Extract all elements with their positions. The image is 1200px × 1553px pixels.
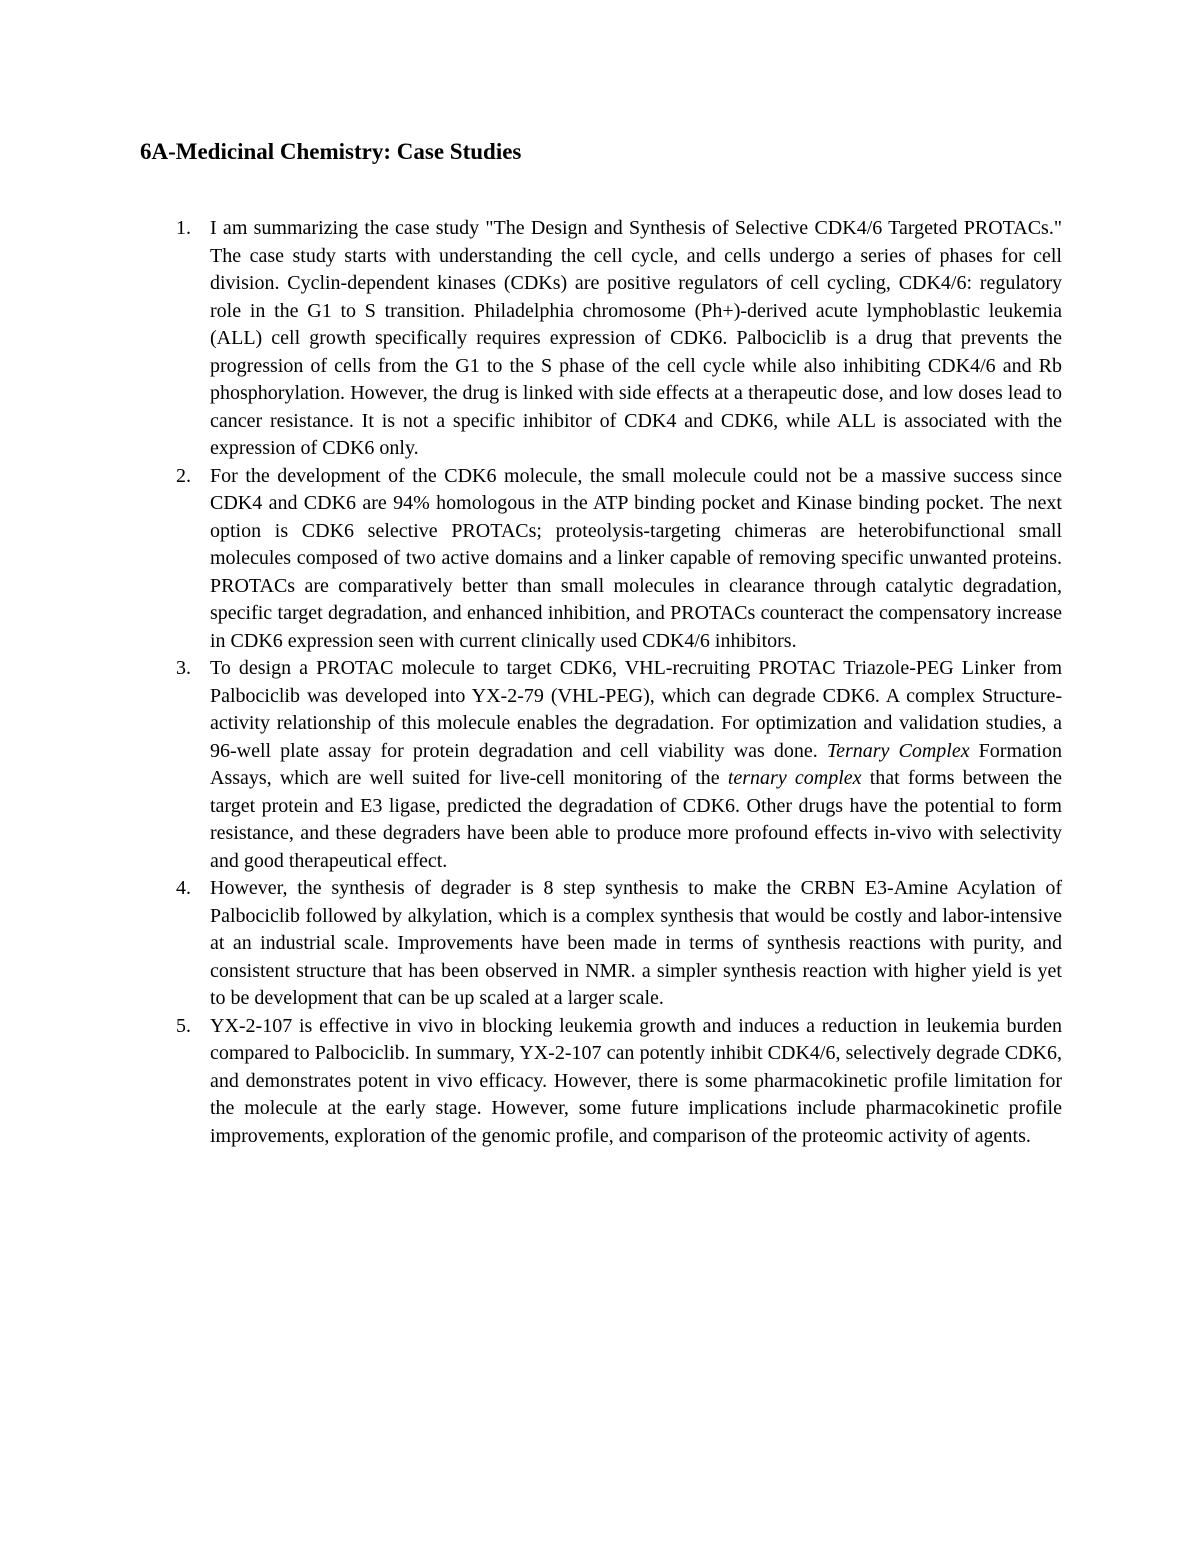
list-item-text: I am summarizing the case study "The Des… <box>210 217 1062 459</box>
list-item-text: For the development of the CDK6 molecule… <box>210 465 1062 652</box>
document-page: 6A-Medicinal Chemistry: Case Studies 1.I… <box>0 0 1200 1553</box>
list-item: 3.To design a PROTAC molecule to target … <box>140 655 1062 875</box>
list-item-text: However, the synthesis of degrader is 8 … <box>210 877 1062 1009</box>
page-title: 6A-Medicinal Chemistry: Case Studies <box>140 138 1062 165</box>
list-item-number: 3. <box>176 655 191 683</box>
list-item-text: To design a PROTAC molecule to target CD… <box>210 657 1062 872</box>
list-item-number: 2. <box>176 463 191 491</box>
list-item-text: YX-2-107 is effective in vivo in blockin… <box>210 1015 1062 1147</box>
list-item-number: 1. <box>176 215 191 243</box>
list-item: 2.For the development of the CDK6 molecu… <box>140 463 1062 656</box>
list-item-number: 4. <box>176 875 191 903</box>
case-study-list: 1.I am summarizing the case study "The D… <box>140 215 1062 1150</box>
list-item: 4.However, the synthesis of degrader is … <box>140 875 1062 1013</box>
list-item: 5.YX-2-107 is effective in vivo in block… <box>140 1013 1062 1151</box>
list-item-number: 5. <box>176 1013 191 1041</box>
list-item: 1.I am summarizing the case study "The D… <box>140 215 1062 463</box>
